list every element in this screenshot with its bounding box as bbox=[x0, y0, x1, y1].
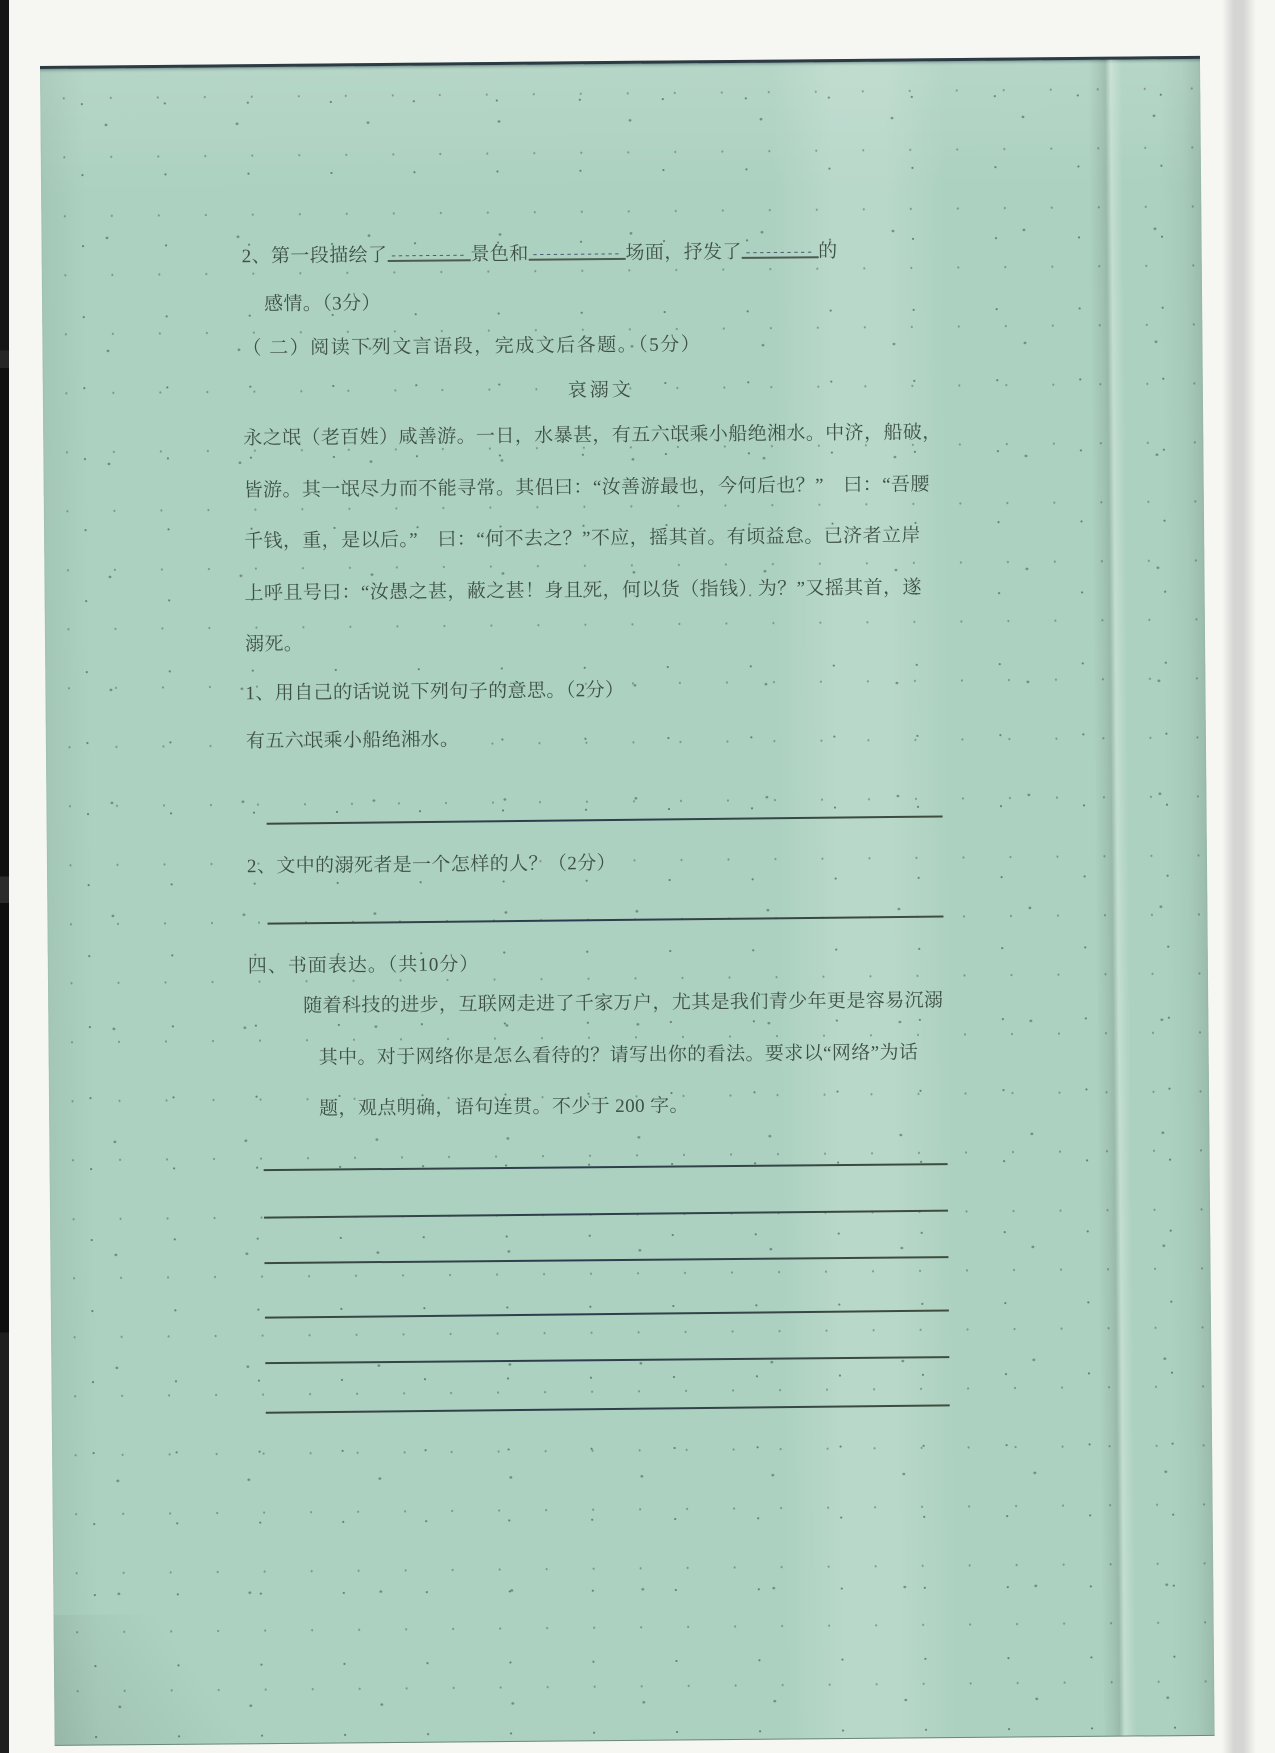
scanner-shadow-band bbox=[1222, 0, 1256, 1753]
writing-line bbox=[264, 1210, 948, 1219]
reading-section-header: （ 二）阅读下列文言语段，完成文后各题。（5分） bbox=[242, 329, 701, 360]
scan-page: { "colors": { "paper_green": "#acd1c0", … bbox=[0, 0, 1275, 1753]
writing-line bbox=[266, 1404, 950, 1413]
fill-blank-2: ------------- bbox=[529, 248, 626, 261]
question-1-sentence: 有五六氓乘小船绝湘水。 bbox=[246, 724, 460, 753]
answer-line bbox=[267, 916, 943, 925]
writing-prompt-line: 其中。对于网络你是怎么看待的？请写出你的看法。要求以“网络”为话 bbox=[319, 1037, 919, 1069]
question-2-text-3: 场面，抒发了 bbox=[625, 242, 742, 264]
question-1-label: 1、用自己的话说说下列句子的意思。（2分） bbox=[245, 675, 624, 705]
writing-line bbox=[264, 1163, 948, 1171]
fill-blank-3: ---------- bbox=[742, 246, 818, 259]
question-2-line-2: 感情。（3分） bbox=[264, 288, 381, 316]
writing-prompt-line: 题，观点明确，语句连贯。不少于 200 字。 bbox=[319, 1090, 689, 1120]
passage-line: 上呼且号曰：“汝愚之甚，蔽之甚！身且死，何以货（指钱）为？”又摇其首，遂 bbox=[244, 572, 921, 605]
exam-content: 2、第一段描绘了-----------景色和-------------场面，抒发… bbox=[240, 61, 971, 1743]
writing-section-header: 四、书面表达。（共10分） bbox=[248, 949, 480, 978]
passage-line: 皆游。其一氓尽力而不能寻常。其侣曰：“汝善游最也，今何后也？” 曰：“吾腰 bbox=[244, 469, 930, 502]
writing-line bbox=[265, 1356, 949, 1364]
question-2-text-4: 的 bbox=[818, 241, 838, 262]
writing-prompt-line: 随着科技的进步，互联网走进了千家万户，尤其是我们青少年更是容易沉溺 bbox=[303, 985, 943, 1018]
paper-crease-corner bbox=[54, 1613, 285, 1745]
question-2-fill-blank-line: 2、第一段描绘了-----------景色和-------------场面，抒发… bbox=[242, 236, 838, 268]
fill-blank-1: ----------- bbox=[387, 249, 470, 262]
exam-paper-sheet: 2、第一段描绘了-----------景色和-------------场面，抒发… bbox=[40, 56, 1215, 1746]
answer-line bbox=[267, 815, 943, 824]
question-2-text-1: 第一段描绘了 bbox=[271, 245, 388, 267]
question-2b-label: 2、文中的溺死者是一个怎样的人？（2分） bbox=[247, 848, 616, 878]
scanner-edge-strip bbox=[0, 0, 9, 1753]
passage-line: 永之氓（老百姓）咸善游。一日，水暴甚，有五六氓乘小船绝湘水。中济，船破， bbox=[243, 417, 942, 450]
writing-line bbox=[265, 1310, 949, 1319]
passage-title: 哀溺文 bbox=[243, 372, 959, 405]
question-2-text-2: 景色和 bbox=[470, 244, 528, 266]
writing-line bbox=[264, 1256, 948, 1264]
passage-line: 千钱，重，是以后。” 曰：“何不去之？”不应，摇其首。有顷益怠。已济者立岸 bbox=[244, 520, 921, 553]
paper-crease-vertical bbox=[1088, 60, 1137, 1736]
question-2-number: 2、 bbox=[242, 246, 271, 267]
passage-line: 溺死。 bbox=[245, 629, 303, 657]
